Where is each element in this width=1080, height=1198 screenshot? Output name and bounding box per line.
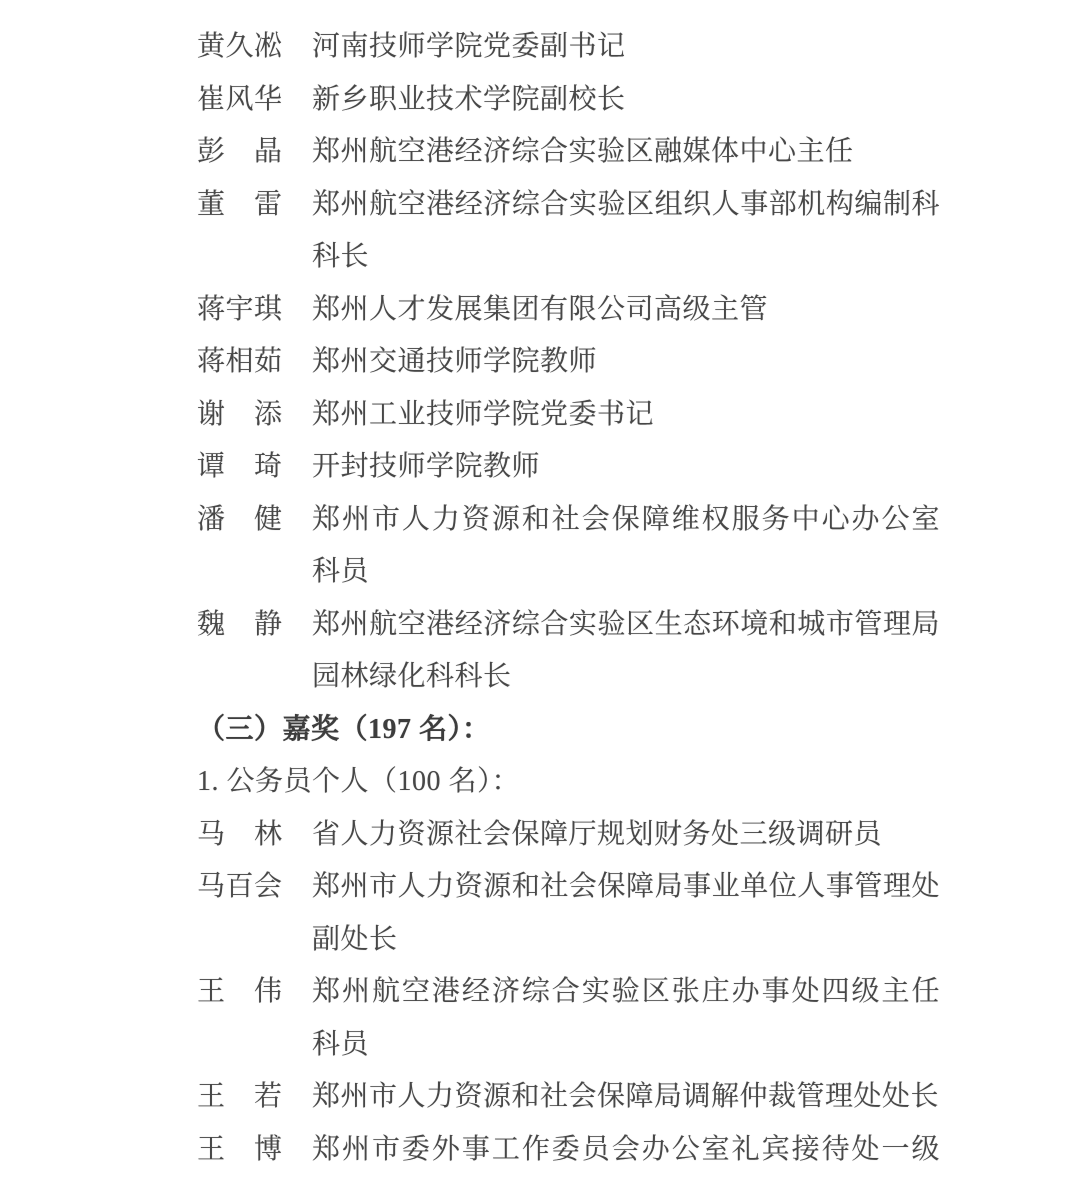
recipient-title: 郑州航空港经济综合实验区生态环境和城市管理局 (312, 602, 940, 642)
award-entry-row: 彭 晶 郑州航空港经济综合实验区融媒体中心主任 (0, 123, 1080, 176)
award-entry-continuation-row: 科员 (0, 1016, 1080, 1069)
recipient-name: 马百会 (197, 864, 282, 904)
recipient-name: 崔风华 (197, 77, 282, 117)
recipient-title: 郑州市人力资源和社会保障维权服务中心办公室 (312, 497, 940, 537)
recipient-name: 王 博 (197, 1127, 282, 1167)
recipient-name: 王 若 (197, 1074, 282, 1114)
recipient-title-continued: 科长 (312, 234, 940, 274)
subsection-heading-text: 1. 公务员个人（100 名）： (197, 759, 520, 799)
recipient-name: 蒋相茹 (197, 339, 282, 379)
recipient-name: 王 伟 (197, 969, 282, 1009)
section-heading-text: （三）嘉奖（197 名）： (197, 707, 491, 747)
recipient-title: 郑州航空港经济综合实验区组织人事部机构编制科 (312, 182, 940, 222)
document-page: 黄久凇 河南技师学院党委副书记 崔风华 新乡职业技术学院副校长 彭 晶 郑州航空… (0, 0, 1080, 1198)
award-entry-row: 马百会 郑州市人力资源和社会保障局事业单位人事管理处 (0, 858, 1080, 911)
award-entry-row: 王 若 郑州市人力资源和社会保障局调解仲裁管理处处长 (0, 1068, 1080, 1121)
recipient-title: 郑州市人力资源和社会保障局事业单位人事管理处 (312, 864, 940, 904)
award-entry-row: 马 林 省人力资源社会保障厅规划财务处三级调研员 (0, 806, 1080, 859)
award-entry-row: 黄久凇 河南技师学院党委副书记 (0, 18, 1080, 71)
section-heading: （三）嘉奖（197 名）： (0, 701, 1080, 754)
recipient-title: 开封技师学院教师 (312, 444, 940, 484)
award-entry-continuation-row: 科长 (0, 228, 1080, 281)
recipient-name: 谢 添 (197, 392, 282, 432)
recipient-title: 新乡职业技术学院副校长 (312, 77, 940, 117)
recipient-title: 郑州航空港经济综合实验区融媒体中心主任 (312, 129, 940, 169)
recipient-title: 郑州航空港经济综合实验区张庄办事处四级主任 (312, 969, 940, 1009)
award-entry-continuation-row: 副处长 (0, 911, 1080, 964)
subsection-heading: 1. 公务员个人（100 名）： (0, 753, 1080, 806)
recipient-title: 郑州人才发展集团有限公司高级主管 (312, 287, 940, 327)
recipient-title: 郑州交通技师学院教师 (312, 339, 940, 379)
recipient-title: 省人力资源社会保障厅规划财务处三级调研员 (312, 812, 940, 852)
award-entry-row: 董 雷 郑州航空港经济综合实验区组织人事部机构编制科 (0, 176, 1080, 229)
recipient-title: 郑州工业技师学院党委书记 (312, 392, 940, 432)
recipient-name: 蒋宇琪 (197, 287, 282, 327)
recipient-name: 魏 静 (197, 602, 282, 642)
award-entry-row: 潘 健 郑州市人力资源和社会保障维权服务中心办公室 (0, 491, 1080, 544)
recipient-name: 彭 晶 (197, 129, 282, 169)
recipient-title-continued: 园林绿化科科长 (312, 654, 940, 694)
recipient-name: 马 林 (197, 812, 282, 852)
recipient-title: 河南技师学院党委副书记 (312, 24, 940, 64)
recipient-title: 郑州市人力资源和社会保障局调解仲裁管理处处长 (312, 1074, 940, 1114)
award-entry-row: 崔风华 新乡职业技术学院副校长 (0, 71, 1080, 124)
recipient-title-continued: 科员 (312, 1022, 940, 1062)
recipient-title: 郑州市委外事工作委员会办公室礼宾接待处一级 (312, 1127, 940, 1167)
award-entry-continuation-row: 科员 (0, 543, 1080, 596)
recipient-name: 董 雷 (197, 182, 282, 222)
award-entry-row: 王 伟 郑州航空港经济综合实验区张庄办事处四级主任 (0, 963, 1080, 1016)
recipient-title-continued: 副处长 (312, 917, 940, 957)
award-entry-row: 谢 添 郑州工业技师学院党委书记 (0, 386, 1080, 439)
recipient-title-continued: 科员 (312, 549, 940, 589)
recipient-name: 谭 琦 (197, 444, 282, 484)
award-entry-continuation-row: 园林绿化科科长 (0, 648, 1080, 701)
award-entry-row: 谭 琦 开封技师学院教师 (0, 438, 1080, 491)
award-entry-row: 王 博 郑州市委外事工作委员会办公室礼宾接待处一级 (0, 1121, 1080, 1174)
award-entry-row: 魏 静 郑州航空港经济综合实验区生态环境和城市管理局 (0, 596, 1080, 649)
award-entry-row: 蒋宇琪 郑州人才发展集团有限公司高级主管 (0, 281, 1080, 334)
recipient-name: 黄久凇 (197, 24, 282, 64)
recipient-name: 潘 健 (197, 497, 282, 537)
award-entry-row: 蒋相茹 郑州交通技师学院教师 (0, 333, 1080, 386)
